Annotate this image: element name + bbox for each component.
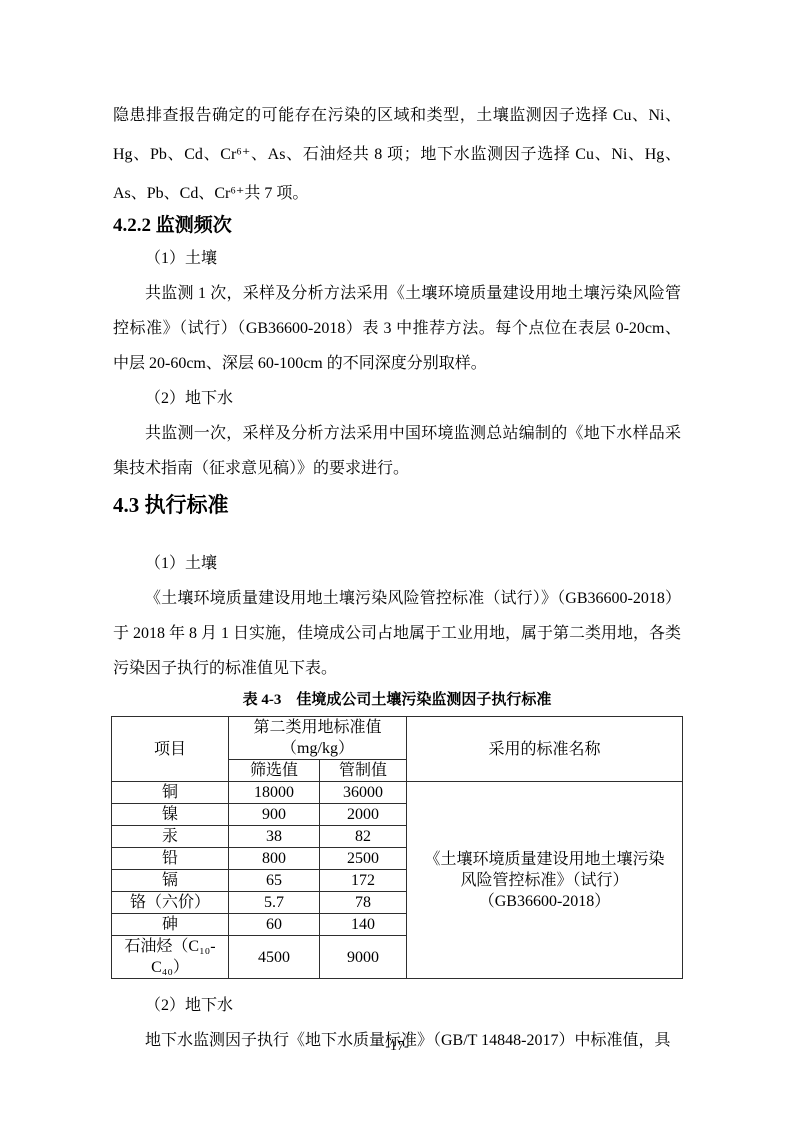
soil-standards-table: 项目 第二类用地标准值（mg/kg） 采用的标准名称 筛选值 管制值 铜 180… [111, 716, 683, 979]
s43-soil-text: 《土壤环境质量建设用地土壤污染风险管控标准（试行）》（GB36600-2018）… [113, 581, 681, 686]
document-page: 隐患排查报告确定的可能存在污染的区域和类型，土壤监测因子选择 Cu、Ni、Hg、… [0, 0, 794, 1123]
cell-screen: 60 [229, 914, 320, 936]
heading-4-2-2: 4.2.2 监测频次 [113, 211, 681, 241]
cell-control: 36000 [320, 782, 407, 804]
intro-paragraph: 隐患排查报告确定的可能存在污染的区域和类型，土壤监测因子选择 Cu、Ni、Hg、… [113, 96, 681, 213]
cell-control: 9000 [320, 936, 407, 979]
header-screening-value: 筛选值 [229, 760, 320, 782]
cell-item: 铜 [112, 782, 229, 804]
cell-item: 铬（六价） [112, 892, 229, 914]
cell-screen: 900 [229, 804, 320, 826]
cell-item: 汞 [112, 826, 229, 848]
cell-item: 镍 [112, 804, 229, 826]
cell-screen: 800 [229, 848, 320, 870]
cell-control: 2500 [320, 848, 407, 870]
header-class2-values: 第二类用地标准值（mg/kg） [229, 717, 407, 760]
table-row-copper: 铜 18000 36000 《土壤环境质量建设用地土壤污染 风险管控标准》（试行… [112, 782, 683, 804]
s43-groundwater-label: （2）地下水 [113, 988, 681, 1023]
cell-standard-name: 《土壤环境质量建设用地土壤污染 风险管控标准》（试行） （GB36600-201… [407, 782, 683, 979]
header-standard-name: 采用的标准名称 [407, 717, 683, 782]
s422-soil-text: 共监测 1 次，采样及分析方法采用《土壤环境质量建设用地土壤污染风险管控标准》（… [113, 276, 681, 381]
cell-control: 172 [320, 870, 407, 892]
s43-soil-label: （1）土壤 [113, 546, 681, 581]
page-number: -17- [0, 1038, 794, 1056]
cell-screen: 18000 [229, 782, 320, 804]
cell-screen: 65 [229, 870, 320, 892]
cell-item: 镉 [112, 870, 229, 892]
cell-control: 140 [320, 914, 407, 936]
cell-screen: 4500 [229, 936, 320, 979]
header-item: 项目 [112, 717, 229, 782]
page-content: 隐患排查报告确定的可能存在污染的区域和类型，土壤监测因子选择 Cu、Ni、Hg、… [113, 96, 681, 1058]
cell-control: 2000 [320, 804, 407, 826]
cell-control: 82 [320, 826, 407, 848]
cell-item: 砷 [112, 914, 229, 936]
cell-screen: 38 [229, 826, 320, 848]
s422-groundwater-label: （2）地下水 [113, 381, 681, 416]
cell-control: 78 [320, 892, 407, 914]
cell-screen: 5.7 [229, 892, 320, 914]
table-caption: 表 4-3 佳境成公司土壤污染监测因子执行标准 [113, 689, 681, 711]
heading-4-3: 4.3 执行标准 [113, 488, 681, 522]
cell-item: 铅 [112, 848, 229, 870]
header-control-value: 管制值 [320, 760, 407, 782]
s422-soil-label: （1）土壤 [113, 241, 681, 276]
cell-item: 石油烃（C₁₀-C₄₀） [112, 936, 229, 979]
s422-groundwater-text: 共监测一次，采样及分析方法采用中国环境监测总站编制的《地下水样品采集技术指南（征… [113, 416, 681, 486]
table-header-row-1: 项目 第二类用地标准值（mg/kg） 采用的标准名称 [112, 717, 683, 760]
